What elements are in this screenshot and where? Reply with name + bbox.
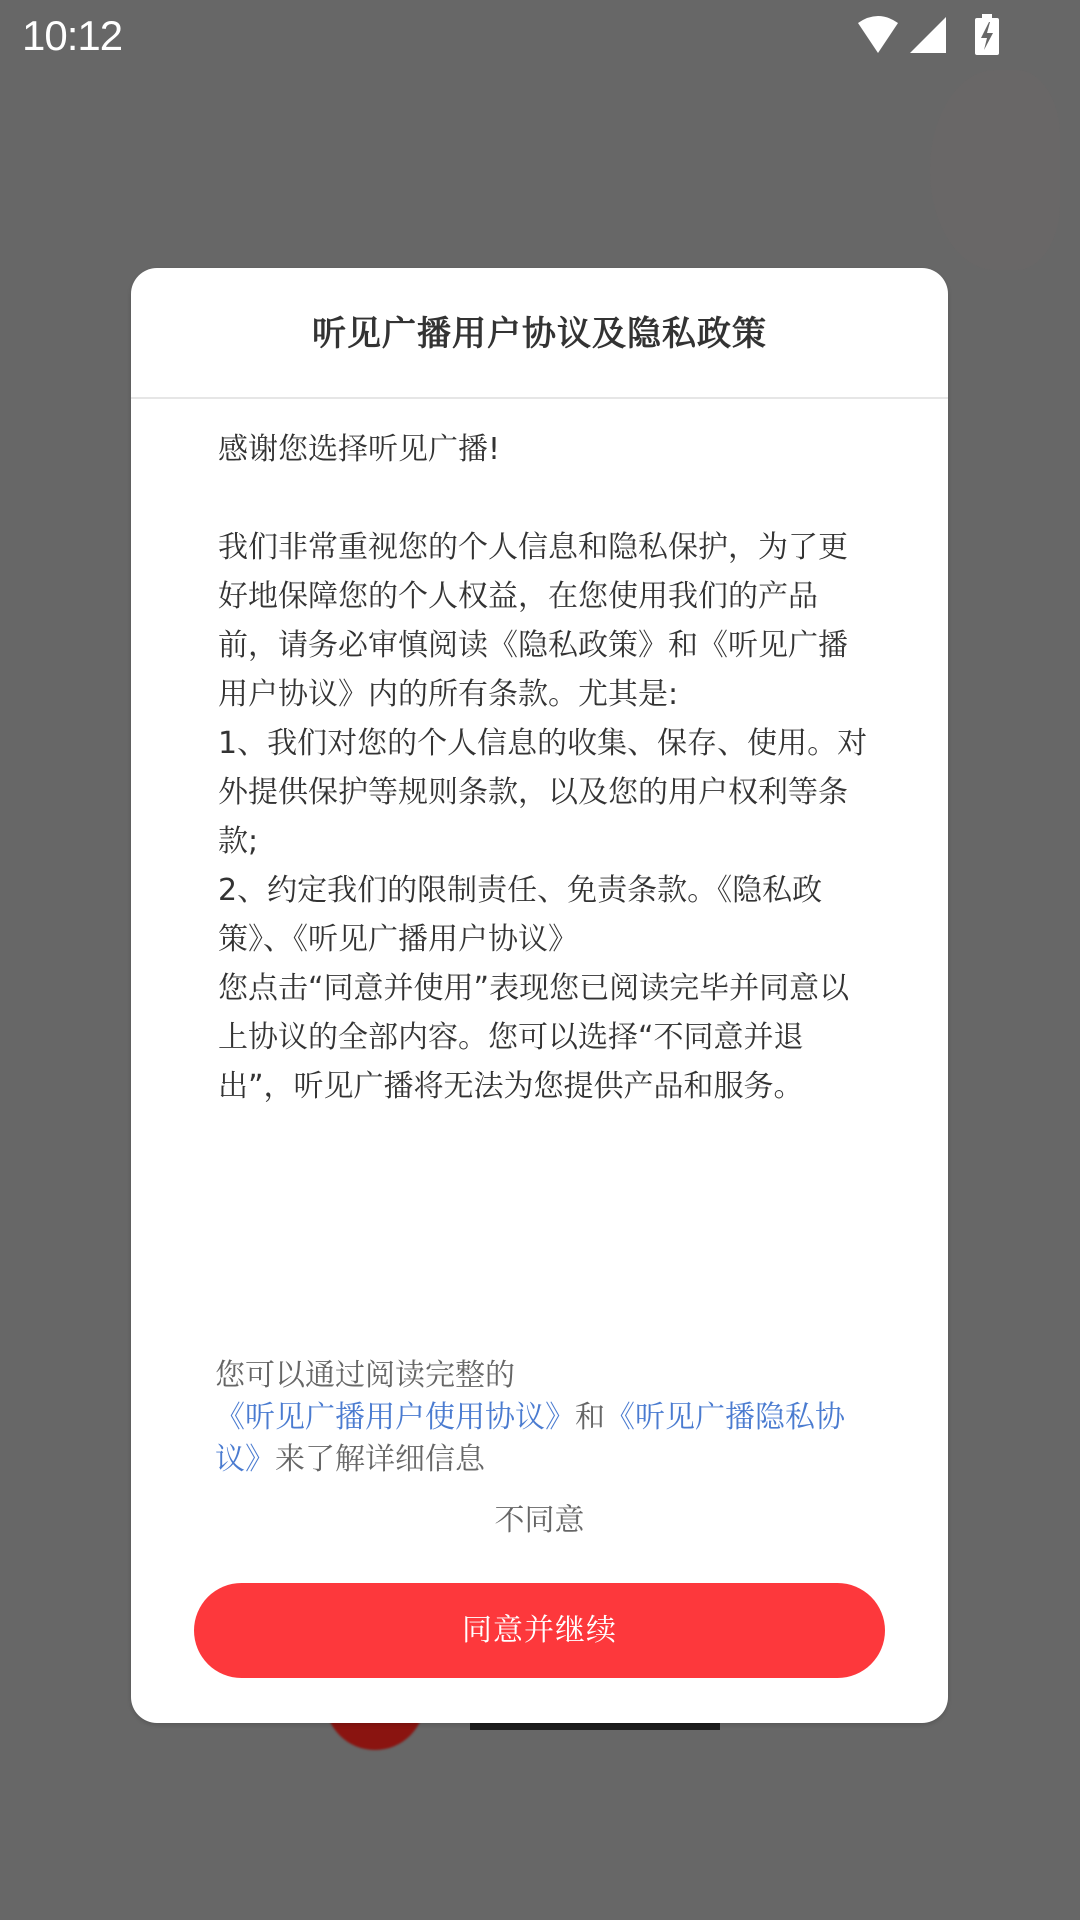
battery-charging-icon <box>974 14 1000 56</box>
background-decoration <box>930 70 1060 270</box>
greeting-text: 感谢您选择听见广播! <box>218 425 868 474</box>
cellular-signal-icon <box>908 15 948 55</box>
clause-1-text: 1、我们对您的个人信息的收集、保存、使用。对外提供保护等规则条款，以及您的用户权… <box>218 719 868 866</box>
status-bar: 10:12 <box>0 0 1080 72</box>
read-more-prefix: 您可以通过阅读完整的 <box>215 1358 515 1393</box>
privacy-agreement-dialog: 听见广播用户协议及隐私政策 感谢您选择听见广播! 我们非常重视您的个人信息和隐私… <box>131 268 948 1723</box>
consent-note-text: 您点击“同意并使用”表现您已阅读完毕并同意以上协议的全部内容。您可以选择“不同意… <box>218 964 868 1111</box>
disagree-button[interactable]: 不同意 <box>131 1486 948 1556</box>
read-more-conjunction: 和 <box>575 1400 605 1435</box>
read-more-suffix: 来了解详细信息 <box>275 1442 485 1477</box>
status-icons <box>856 14 1000 56</box>
wifi-icon <box>856 15 900 55</box>
agreement-body-text[interactable]: 感谢您选择听见广播! 我们非常重视您的个人信息和隐私保护，为了更好地保障您的个人… <box>218 425 868 1111</box>
dialog-header: 听见广播用户协议及隐私政策 <box>131 268 948 399</box>
status-time: 10:12 <box>22 12 122 60</box>
read-more-text: 您可以通过阅读完整的《听见广播用户使用协议》和《听见广播隐私协议》来了解详细信息 <box>215 1355 865 1481</box>
clause-2-text: 2、约定我们的限制责任、免责条款。《隐私政策》、《听见广播用户协议》 <box>218 866 868 964</box>
intro-text: 我们非常重视您的个人信息和隐私保护，为了更好地保障您的个人权益，在您使用我们的产… <box>218 523 868 719</box>
dialog-title: 听见广播用户协议及隐私政策 <box>312 306 767 355</box>
paragraph-spacer <box>218 474 868 523</box>
agree-and-continue-button[interactable]: 同意并继续 <box>194 1583 885 1678</box>
user-agreement-link[interactable]: 《听见广播用户使用协议》 <box>215 1400 575 1435</box>
